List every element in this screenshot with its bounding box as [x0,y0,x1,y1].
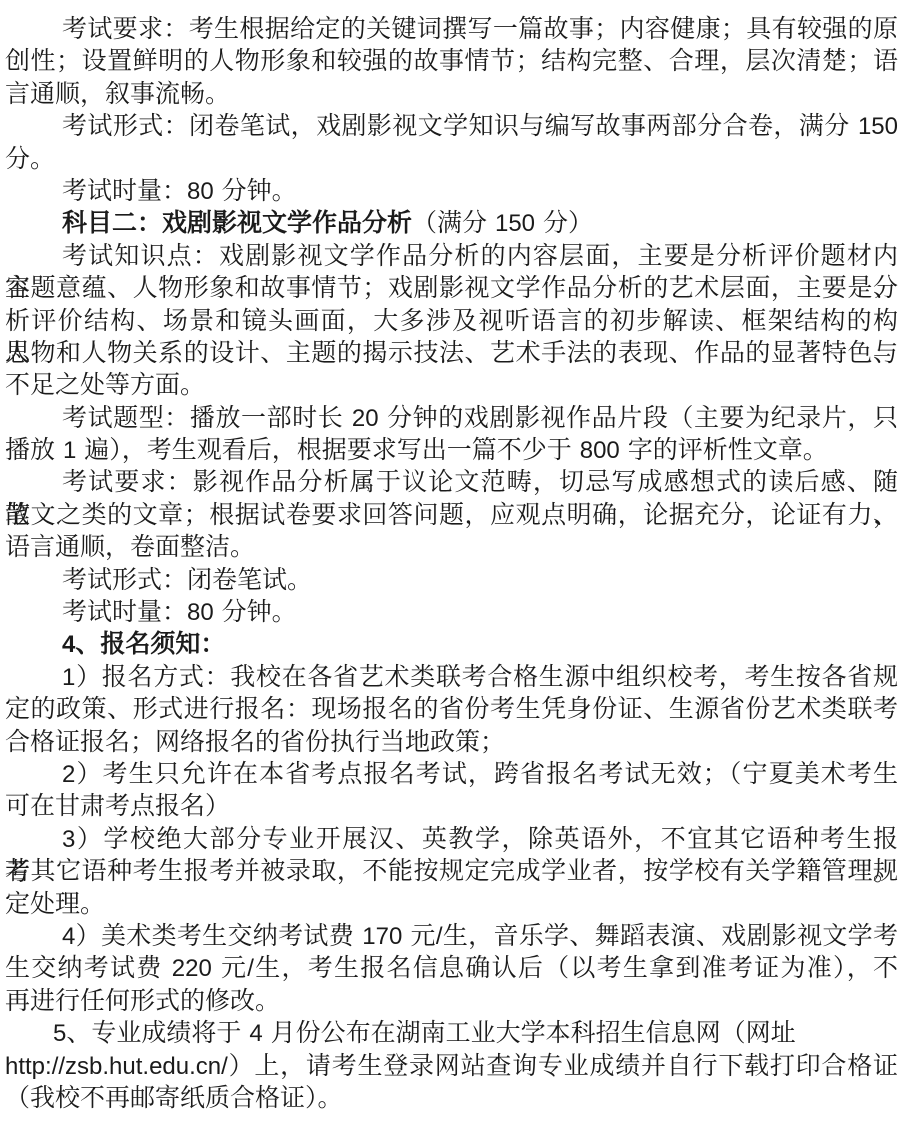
cjk-text-run: ）报名方式：我校在各省艺术类联考合格生源中组织校考，考生按各省规 [75,662,898,691]
cjk-text-run: 考试形式：闭卷笔试，戏剧影视文学知识与编写故事两部分合卷，满分 [62,111,858,140]
cjk-text-run: 科目二：戏剧影视文学作品分析 [62,208,412,237]
latin-text-run: http://zsb.hut.edu.cn/ [5,1053,228,1080]
text-line: （我校不再邮寄纸质合格证）。 [5,1082,898,1114]
latin-text-run: 800 [580,437,620,464]
cjk-text-run: 播放 [5,435,63,464]
cjk-text-run: 合格证报名；网络报名的省份执行当地政策； [5,727,505,756]
latin-text-run: 3 [62,826,75,853]
text-line: 4）美术类考生交纳考试费 170 元/生，音乐学、舞蹈表演、戏剧影视文学考 [5,920,898,952]
text-line: 5、专业成绩将于 4 月份公布在湖南工业大学本科招生信息网（网址 [5,1017,898,1049]
text-line: 考试时量：80 分钟。 [5,596,898,628]
text-line: 考试知识点：戏剧影视文学作品分析的内容层面，主要是分析评价题材内容、 [5,240,898,272]
latin-text-run: 4 [249,1020,262,1047]
cjk-text-run: 人物和人物关系的设计、主题的揭示技法、艺术手法的表现、作品的显著特色与 [5,338,898,367]
cjk-text-run: 考试时量： [62,597,187,626]
cjk-text-run: 生交纳考试费 [5,953,172,982]
text-line: 若其它语种考生报考并被录取，不能按规定完成学业者，按学校有关学籍管理规 [5,855,898,887]
latin-text-run: / [436,923,443,950]
cjk-text-run: 生，考生报名信息确认后（以考生拿到准考证为准），不 [254,953,898,982]
text-line: 考试形式：闭卷笔试。 [5,564,898,596]
text-line: 散文之类的文章；根据试卷要求回答问题，应观点明确，论据充分，论证有力， [5,499,898,531]
cjk-text-run: 创性；设置鲜明的人物形象和较强的故事情节；结构完整、合理，层次清楚；语 [5,46,898,75]
cjk-text-run: 分） [535,208,593,237]
latin-text-run: 150 [858,113,898,140]
cjk-text-run: 生，音乐学、舞蹈表演、戏剧影视文学考 [443,921,898,950]
latin-text-run: / [247,955,254,982]
text-line: 3）学校绝大部分专业开展汉、英教学，除英语外，不宜其它语种考生报考。 [5,823,898,855]
cjk-text-run: 考试题型：播放一部时长 [62,403,352,432]
cjk-text-run: 元 [402,921,436,950]
cjk-text-run: 可在甘肃考点报名） [5,791,230,820]
text-line: 考试时量：80 分钟。 [5,175,898,207]
text-line: 创性；设置鲜明的人物形象和较强的故事情节；结构完整、合理，层次清楚；语 [5,45,898,77]
cjk-text-run: 散文之类的文章；根据试卷要求回答问题，应观点明确，论据充分，论证有力， [5,500,898,529]
text-line: 人物和人物关系的设计、主题的揭示技法、艺术手法的表现、作品的显著特色与 [5,337,898,369]
latin-text-run: 4 [62,631,75,658]
cjk-text-run: 考试形式：闭卷笔试。 [62,565,312,594]
latin-text-run: 1 [63,437,76,464]
cjk-text-run: 若其它语种考生报考并被录取，不能按规定完成学业者，按学校有关学籍管理规 [5,856,898,885]
text-line: 考试要求：影视作品分析属于议论文范畴，切忌写成感想式的读后感、随笔、 [5,466,898,498]
text-line: 科目二：戏剧影视文学作品分析（满分 150 分） [5,207,898,239]
latin-text-run: 80 [187,599,214,626]
text-line: 言通顺，叙事流畅。 [5,78,898,110]
cjk-text-run: 分。 [5,144,55,173]
text-line: 考试题型：播放一部时长 20 分钟的戏剧影视作品片段（主要为纪录片，只 [5,402,898,434]
cjk-text-run: ）美术类考生交纳考试费 [75,921,362,950]
cjk-text-run: 言通顺，叙事流畅。 [5,79,230,108]
latin-text-run: 4 [62,923,75,950]
cjk-text-run: 考试时量： [62,176,187,205]
cjk-text-run: 定处理。 [5,889,105,918]
cjk-text-run: 字的评析性文章。 [620,435,828,464]
latin-text-run: 220 [172,955,212,982]
latin-text-run: 20 [352,405,379,432]
text-line: 不足之处等方面。 [5,369,898,401]
cjk-text-run: 再进行任何形式的修改。 [5,986,280,1015]
text-line: 合格证报名；网络报名的省份执行当地政策； [5,726,898,758]
cjk-text-run: 语言通顺，卷面整洁。 [5,532,255,561]
cjk-text-run: 分钟的戏剧影视作品片段（主要为纪录片，只 [379,403,898,432]
text-line: 4、报名须知： [5,628,898,660]
cjk-text-run: 主题意蕴、人物形象和故事情节；戏剧影视文学作品分析的艺术层面，主要是分 [5,273,898,302]
text-line: 分。 [5,143,898,175]
text-line: 1）报名方式：我校在各省艺术类联考合格生源中组织校考，考生按各省规 [5,661,898,693]
latin-text-run: 1 [62,664,75,691]
text-line: 语言通顺，卷面整洁。 [5,531,898,563]
latin-text-run: 2 [62,761,75,788]
cjk-text-run: 、报名须知： [75,629,225,658]
cjk-text-run: 、专业成绩将于 [66,1018,249,1047]
latin-text-run: 150 [495,210,535,237]
cjk-text-run: ）考生只允许在本省考点报名考试，跨省报名考试无效；（宁夏美术考生 [75,759,898,788]
cjk-text-run: （满分 [412,208,495,237]
text-line: 2）考生只允许在本省考点报名考试，跨省报名考试无效；（宁夏美术考生 [5,758,898,790]
latin-text-run: 170 [362,923,402,950]
cjk-text-run: 元 [212,953,247,982]
text-line: 考试要求：考生根据给定的关键词撰写一篇故事；内容健康；具有较强的原 [5,13,898,45]
document-page: 考试要求：考生根据给定的关键词撰写一篇故事；内容健康；具有较强的原创性；设置鲜明… [0,0,903,1138]
text-line: 主题意蕴、人物形象和故事情节；戏剧影视文学作品分析的艺术层面，主要是分 [5,272,898,304]
latin-text-run: 80 [187,178,214,205]
cjk-text-run: （我校不再邮寄纸质合格证）。 [5,1083,343,1112]
latin-text-run: 5 [53,1020,66,1047]
text-line: 定处理。 [5,888,898,920]
cjk-text-run: 不足之处等方面。 [5,370,205,399]
cjk-text-run: 月份公布在湖南工业大学本科招生信息网（网址 [263,1018,796,1047]
cjk-text-run: 遍），考生观看后，根据要求写出一篇不少于 [76,435,579,464]
text-line: http://zsb.hut.edu.cn/）上，请考生登录网站查询专业成绩并自… [5,1050,898,1082]
cjk-text-run: 分钟。 [214,597,297,626]
cjk-text-run: 定的政策、形式进行报名：现场报名的省份考生凭身份证、生源省份艺术类联考 [5,694,898,723]
text-line: 再进行任何形式的修改。 [5,985,898,1017]
text-line: 考试形式：闭卷笔试，戏剧影视文学知识与编写故事两部分合卷，满分 150 [5,110,898,142]
cjk-text-run: 考试要求：考生根据给定的关键词撰写一篇故事；内容健康；具有较强的原 [62,14,898,43]
text-line: 定的政策、形式进行报名：现场报名的省份考生凭身份证、生源省份艺术类联考 [5,693,898,725]
cjk-text-run: 分钟。 [214,176,297,205]
text-line: 析评价结构、场景和镜头画面，大多涉及视听语言的初步解读、框架结构的构思、 [5,305,898,337]
text-line: 生交纳考试费 220 元/生，考生报名信息确认后（以考生拿到准考证为准），不 [5,952,898,984]
cjk-text-run: ）上，请考生登录网站查询专业成绩并自行下载打印合格证 [228,1051,898,1080]
text-line: 播放 1 遍），考生观看后，根据要求写出一篇不少于 800 字的评析性文章。 [5,434,898,466]
text-line: 可在甘肃考点报名） [5,790,898,822]
